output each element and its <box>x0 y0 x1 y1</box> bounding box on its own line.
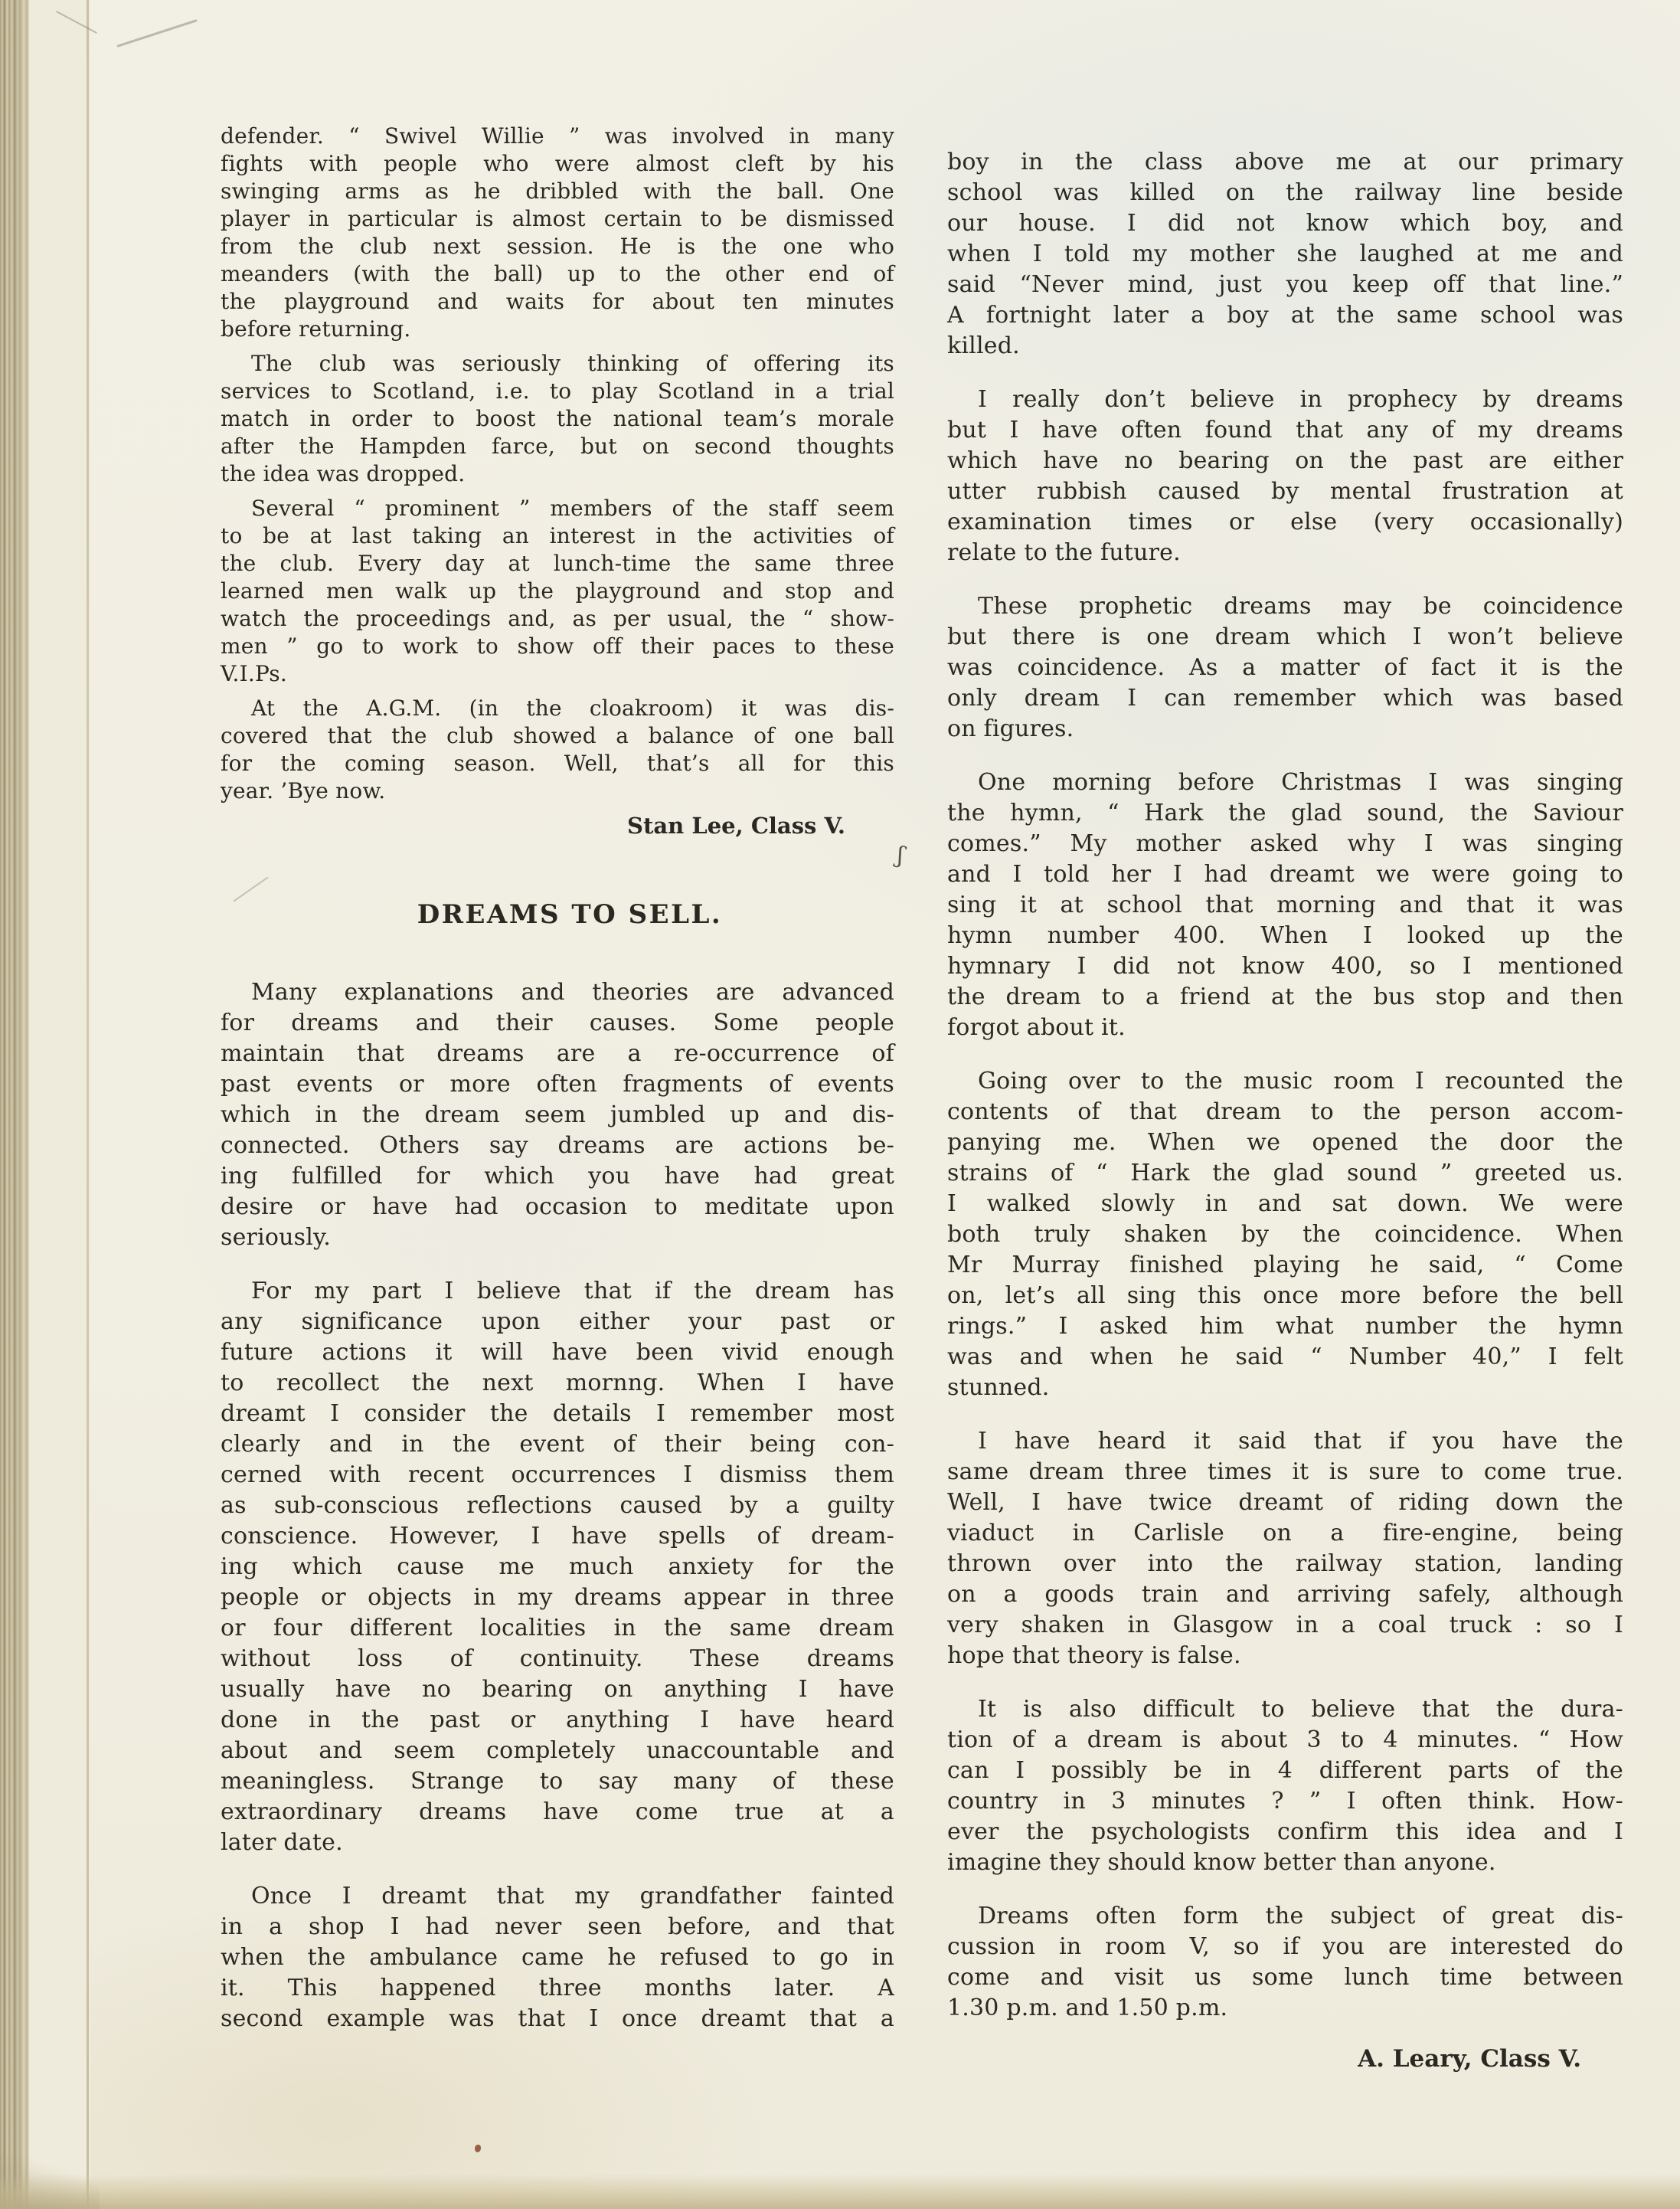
text-line: meanders (with the ball) up to the other… <box>221 260 894 288</box>
text-line: future actions it will have been vivid e… <box>221 1337 894 1368</box>
text-line: same dream three times it is sure to com… <box>947 1457 1623 1487</box>
text-line: sing it at school that morning and that … <box>947 890 1623 921</box>
text-line: our house. I did not know which boy, and <box>947 208 1623 239</box>
paragraph: Many explanations and theories are advan… <box>221 977 894 1253</box>
text-line: stunned. <box>947 1373 1623 1403</box>
text-line: after the Hampden farce, but on second t… <box>221 433 894 460</box>
text-line: ever the psychologists confirm this idea… <box>947 1817 1623 1847</box>
text-line: on, let’s all sing this once more before… <box>947 1281 1623 1311</box>
text-line: killed. <box>947 331 1623 362</box>
text-line: connected. Others say dreams are actions… <box>221 1131 894 1161</box>
text-line: usually have no bearing on anything I ha… <box>221 1674 894 1705</box>
text-line: before returning. <box>221 316 894 343</box>
text-line: when I told my mother she laughed at me … <box>947 239 1623 270</box>
text-line: was coincidence. As a matter of fact it … <box>947 653 1623 683</box>
text-line: maintain that dreams are a re-occurrence… <box>221 1039 894 1069</box>
text-line: conscience. However, I have spells of dr… <box>221 1521 894 1552</box>
text-line: strains of “ Hark the glad sound ” greet… <box>947 1158 1623 1189</box>
text-line: I have heard it said that if you have th… <box>947 1426 1623 1457</box>
text-line: men ” go to work to show off their paces… <box>221 633 894 660</box>
text-line: on figures. <box>947 714 1623 745</box>
left-column: defender. “ Swivel Willie ” was involved… <box>221 123 894 2034</box>
ink-squiggle-mark: ʃ <box>895 842 911 869</box>
paragraph: Once I dreamt that my grandfather fainte… <box>221 1881 894 2034</box>
text-line: second example was that I once dreamt th… <box>221 2004 894 2034</box>
paragraph: I have heard it said that if you have th… <box>947 1426 1623 1671</box>
text-line: forgot about it. <box>947 1013 1623 1043</box>
text-line: to recollect the next mornng. When I hav… <box>221 1368 894 1399</box>
text-line: match in order to boost the national tea… <box>221 405 894 433</box>
book-binding-edge <box>0 0 90 2209</box>
text-line: on a goods train and arriving safely, al… <box>947 1579 1623 1610</box>
text-line: rings.” I asked him what number the hymn <box>947 1311 1623 1342</box>
text-line: past events or more often fragments of e… <box>221 1069 894 1100</box>
text-line: utter rubbish caused by mental frustrati… <box>947 476 1623 507</box>
paragraph: It is also difficult to believe that the… <box>947 1694 1623 1878</box>
text-line: player in particular is almost certain t… <box>221 205 894 233</box>
text-line: people or objects in my dreams appear in… <box>221 1582 894 1613</box>
text-line: and I told her I had dreamt we were goin… <box>947 859 1623 890</box>
text-line: the playground and waits for about ten m… <box>221 288 894 316</box>
text-line: thrown over into the railway station, la… <box>947 1549 1623 1579</box>
text-line: seriously. <box>221 1222 894 1253</box>
text-line: Dreams often form the subject of great d… <box>947 1901 1623 1932</box>
text-line: without loss of continuity. These dreams <box>221 1644 894 1674</box>
text-line: as sub-conscious reflections caused by a… <box>221 1491 894 1521</box>
text-line: learned men walk up the playground and s… <box>221 578 894 605</box>
ink-speck <box>475 2145 481 2152</box>
text-line: desire or have had occasion to meditate … <box>221 1192 894 1222</box>
text-line: extraordinary dreams have come true at a <box>221 1797 894 1828</box>
text-line: which have no bearing on the past are ei… <box>947 446 1623 476</box>
magazine-page: ʃ defender. “ Swivel Willie ” was involv… <box>0 0 1680 2209</box>
byline-stan-lee: Stan Lee, Class V. <box>221 812 894 839</box>
text-line: country in 3 minutes ? ” I often think. … <box>947 1786 1623 1817</box>
text-line: imagine they should know better than any… <box>947 1847 1623 1878</box>
text-line: I really don’t believe in prophecy by dr… <box>947 385 1623 415</box>
byline-a-leary: A. Leary, Class V. <box>947 2044 1623 2074</box>
right-column: boy in the class above me at our primary… <box>947 147 1623 2074</box>
text-line: both truly shaken by the coincidence. Wh… <box>947 1219 1623 1250</box>
text-line: but there is one dream which I won’t bel… <box>947 622 1623 653</box>
text-line: or four different localities in the same… <box>221 1613 894 1644</box>
page-bottom-edge <box>0 2174 1680 2209</box>
paragraph: At the A.G.M. (in the cloakroom) it was … <box>221 695 894 805</box>
text-line: meaningless. Strange to say many of thes… <box>221 1766 894 1797</box>
paragraph: boy in the class above me at our primary… <box>947 147 1623 362</box>
text-line: cerned with recent occurrences I dismiss… <box>221 1460 894 1491</box>
paragraph: The club was seriously thinking of offer… <box>221 350 894 488</box>
paragraph: defender. “ Swivel Willie ” was involved… <box>221 123 894 343</box>
text-line: which in the dream seem jumbled up and d… <box>221 1100 894 1131</box>
text-line: the hymn, “ Hark the glad sound, the Sav… <box>947 798 1623 829</box>
text-line: the idea was dropped. <box>221 460 894 488</box>
paragraph: Dreams often form the subject of great d… <box>947 1901 1623 2024</box>
text-line: services to Scotland, i.e. to play Scotl… <box>221 378 894 405</box>
text-line: can I possibly be in 4 different parts o… <box>947 1756 1623 1786</box>
text-line: relate to the future. <box>947 538 1623 568</box>
text-line: hope that theory is false. <box>947 1641 1623 1671</box>
text-line: Once I dreamt that my grandfather fainte… <box>221 1881 894 1912</box>
text-line: ing which cause me much anxiety for the <box>221 1552 894 1582</box>
text-line: The club was seriously thinking of offer… <box>221 350 894 378</box>
text-line: done in the past or anything I have hear… <box>221 1705 894 1736</box>
paragraph: Going over to the music room I recounted… <box>947 1066 1623 1403</box>
text-line: about and seem completely unaccountable … <box>221 1736 894 1766</box>
text-line: For my part I believe that if the dream … <box>221 1276 894 1307</box>
text-line: It is also difficult to believe that the… <box>947 1694 1623 1725</box>
text-line: tion of a dream is about 3 to 4 minutes.… <box>947 1725 1623 1756</box>
paragraph: I really don’t believe in prophecy by dr… <box>947 385 1623 568</box>
text-line: clearly and in the event of their being … <box>221 1429 894 1460</box>
text-line: to be at last taking an interest in the … <box>221 522 894 550</box>
paragraph: One morning before Christmas I was singi… <box>947 767 1623 1043</box>
text-line: it. This happened three months later. A <box>221 1973 894 2004</box>
text-line: contents of that dream to the person acc… <box>947 1097 1623 1127</box>
text-line: Many explanations and theories are advan… <box>221 977 894 1008</box>
text-line: Several “ prominent ” members of the sta… <box>221 495 894 522</box>
text-line: V.I.Ps. <box>221 660 894 688</box>
text-line: hymnary I did not know 400, so I mention… <box>947 951 1623 982</box>
text-line: was and when he said “ Number 40,” I fel… <box>947 1342 1623 1373</box>
text-line: hymn number 400. When I looked up the <box>947 921 1623 951</box>
text-line: watch the proceedings and, as per usual,… <box>221 605 894 633</box>
club-article-continuation: defender. “ Swivel Willie ” was involved… <box>221 123 894 805</box>
text-line: boy in the class above me at our primary <box>947 147 1623 178</box>
text-line: A fortnight later a boy at the same scho… <box>947 300 1623 331</box>
text-line: the club. Every day at lunch-time the sa… <box>221 550 894 578</box>
text-line: fights with people who were almost cleft… <box>221 150 894 178</box>
text-line: only dream I can remember which was base… <box>947 683 1623 714</box>
text-line: viaduct in Carlisle on a fire-engine, be… <box>947 1518 1623 1549</box>
text-line: ing fulfilled for which you have had gre… <box>221 1161 894 1192</box>
text-line: when the ambulance came he refused to go… <box>221 1942 894 1973</box>
text-line: defender. “ Swivel Willie ” was involved… <box>221 123 894 150</box>
text-line: Well, I have twice dreamt of riding down… <box>947 1487 1623 1518</box>
text-line: very shaken in Glasgow in a coal truck :… <box>947 1610 1623 1641</box>
text-line: said “Never mind, just you keep off that… <box>947 270 1623 300</box>
text-line: but I have often found that any of my dr… <box>947 415 1623 446</box>
text-line: dreamt I consider the details I remember… <box>221 1399 894 1429</box>
text-line: comes.” My mother asked why I was singin… <box>947 829 1623 859</box>
text-line: Going over to the music room I recounted… <box>947 1066 1623 1097</box>
text-line: One morning before Christmas I was singi… <box>947 767 1623 798</box>
article-title-dreams-to-sell: DREAMS TO SELL. <box>233 899 907 930</box>
text-line: for dreams and their causes. Some people <box>221 1008 894 1039</box>
text-line: examination times or else (very occasion… <box>947 507 1623 538</box>
text-line: in a shop I had never seen before, and t… <box>221 1912 894 1942</box>
paragraph: These prophetic dreams may be coincidenc… <box>947 591 1623 745</box>
dreams-article-body-left: Many explanations and theories are advan… <box>221 977 894 2034</box>
text-line: any significance upon either your past o… <box>221 1307 894 1337</box>
text-line: These prophetic dreams may be coincidenc… <box>947 591 1623 622</box>
text-line: for the coming season. Well, that’s all … <box>221 750 894 777</box>
text-line: I walked slowly in and sat down. We were <box>947 1189 1623 1219</box>
text-line: 1.30 p.m. and 1.50 p.m. <box>947 1993 1623 2024</box>
paragraph: For my part I believe that if the dream … <box>221 1276 894 1858</box>
text-line: from the club next session. He is the on… <box>221 233 894 260</box>
text-line: Mr Murray finished playing he said, “ Co… <box>947 1250 1623 1281</box>
dreams-article-body-right: boy in the class above me at our primary… <box>947 147 1623 2024</box>
text-line: the dream to a friend at the bus stop an… <box>947 982 1623 1013</box>
text-line: year. ’Bye now. <box>221 777 894 805</box>
text-line: come and visit us some lunch time betwee… <box>947 1962 1623 1993</box>
paragraph: Several “ prominent ” members of the sta… <box>221 495 894 688</box>
text-line: later date. <box>221 1828 894 1858</box>
text-line: covered that the club showed a balance o… <box>221 722 894 750</box>
text-line: school was killed on the railway line be… <box>947 178 1623 208</box>
text-line: panying me. When we opened the door the <box>947 1127 1623 1158</box>
text-line: At the A.G.M. (in the cloakroom) it was … <box>221 695 894 722</box>
text-line: swinging arms as he dribbled with the ba… <box>221 178 894 205</box>
text-line: cussion in room V, so if you are interes… <box>947 1932 1623 1962</box>
pencil-scratch-mark <box>116 19 198 47</box>
